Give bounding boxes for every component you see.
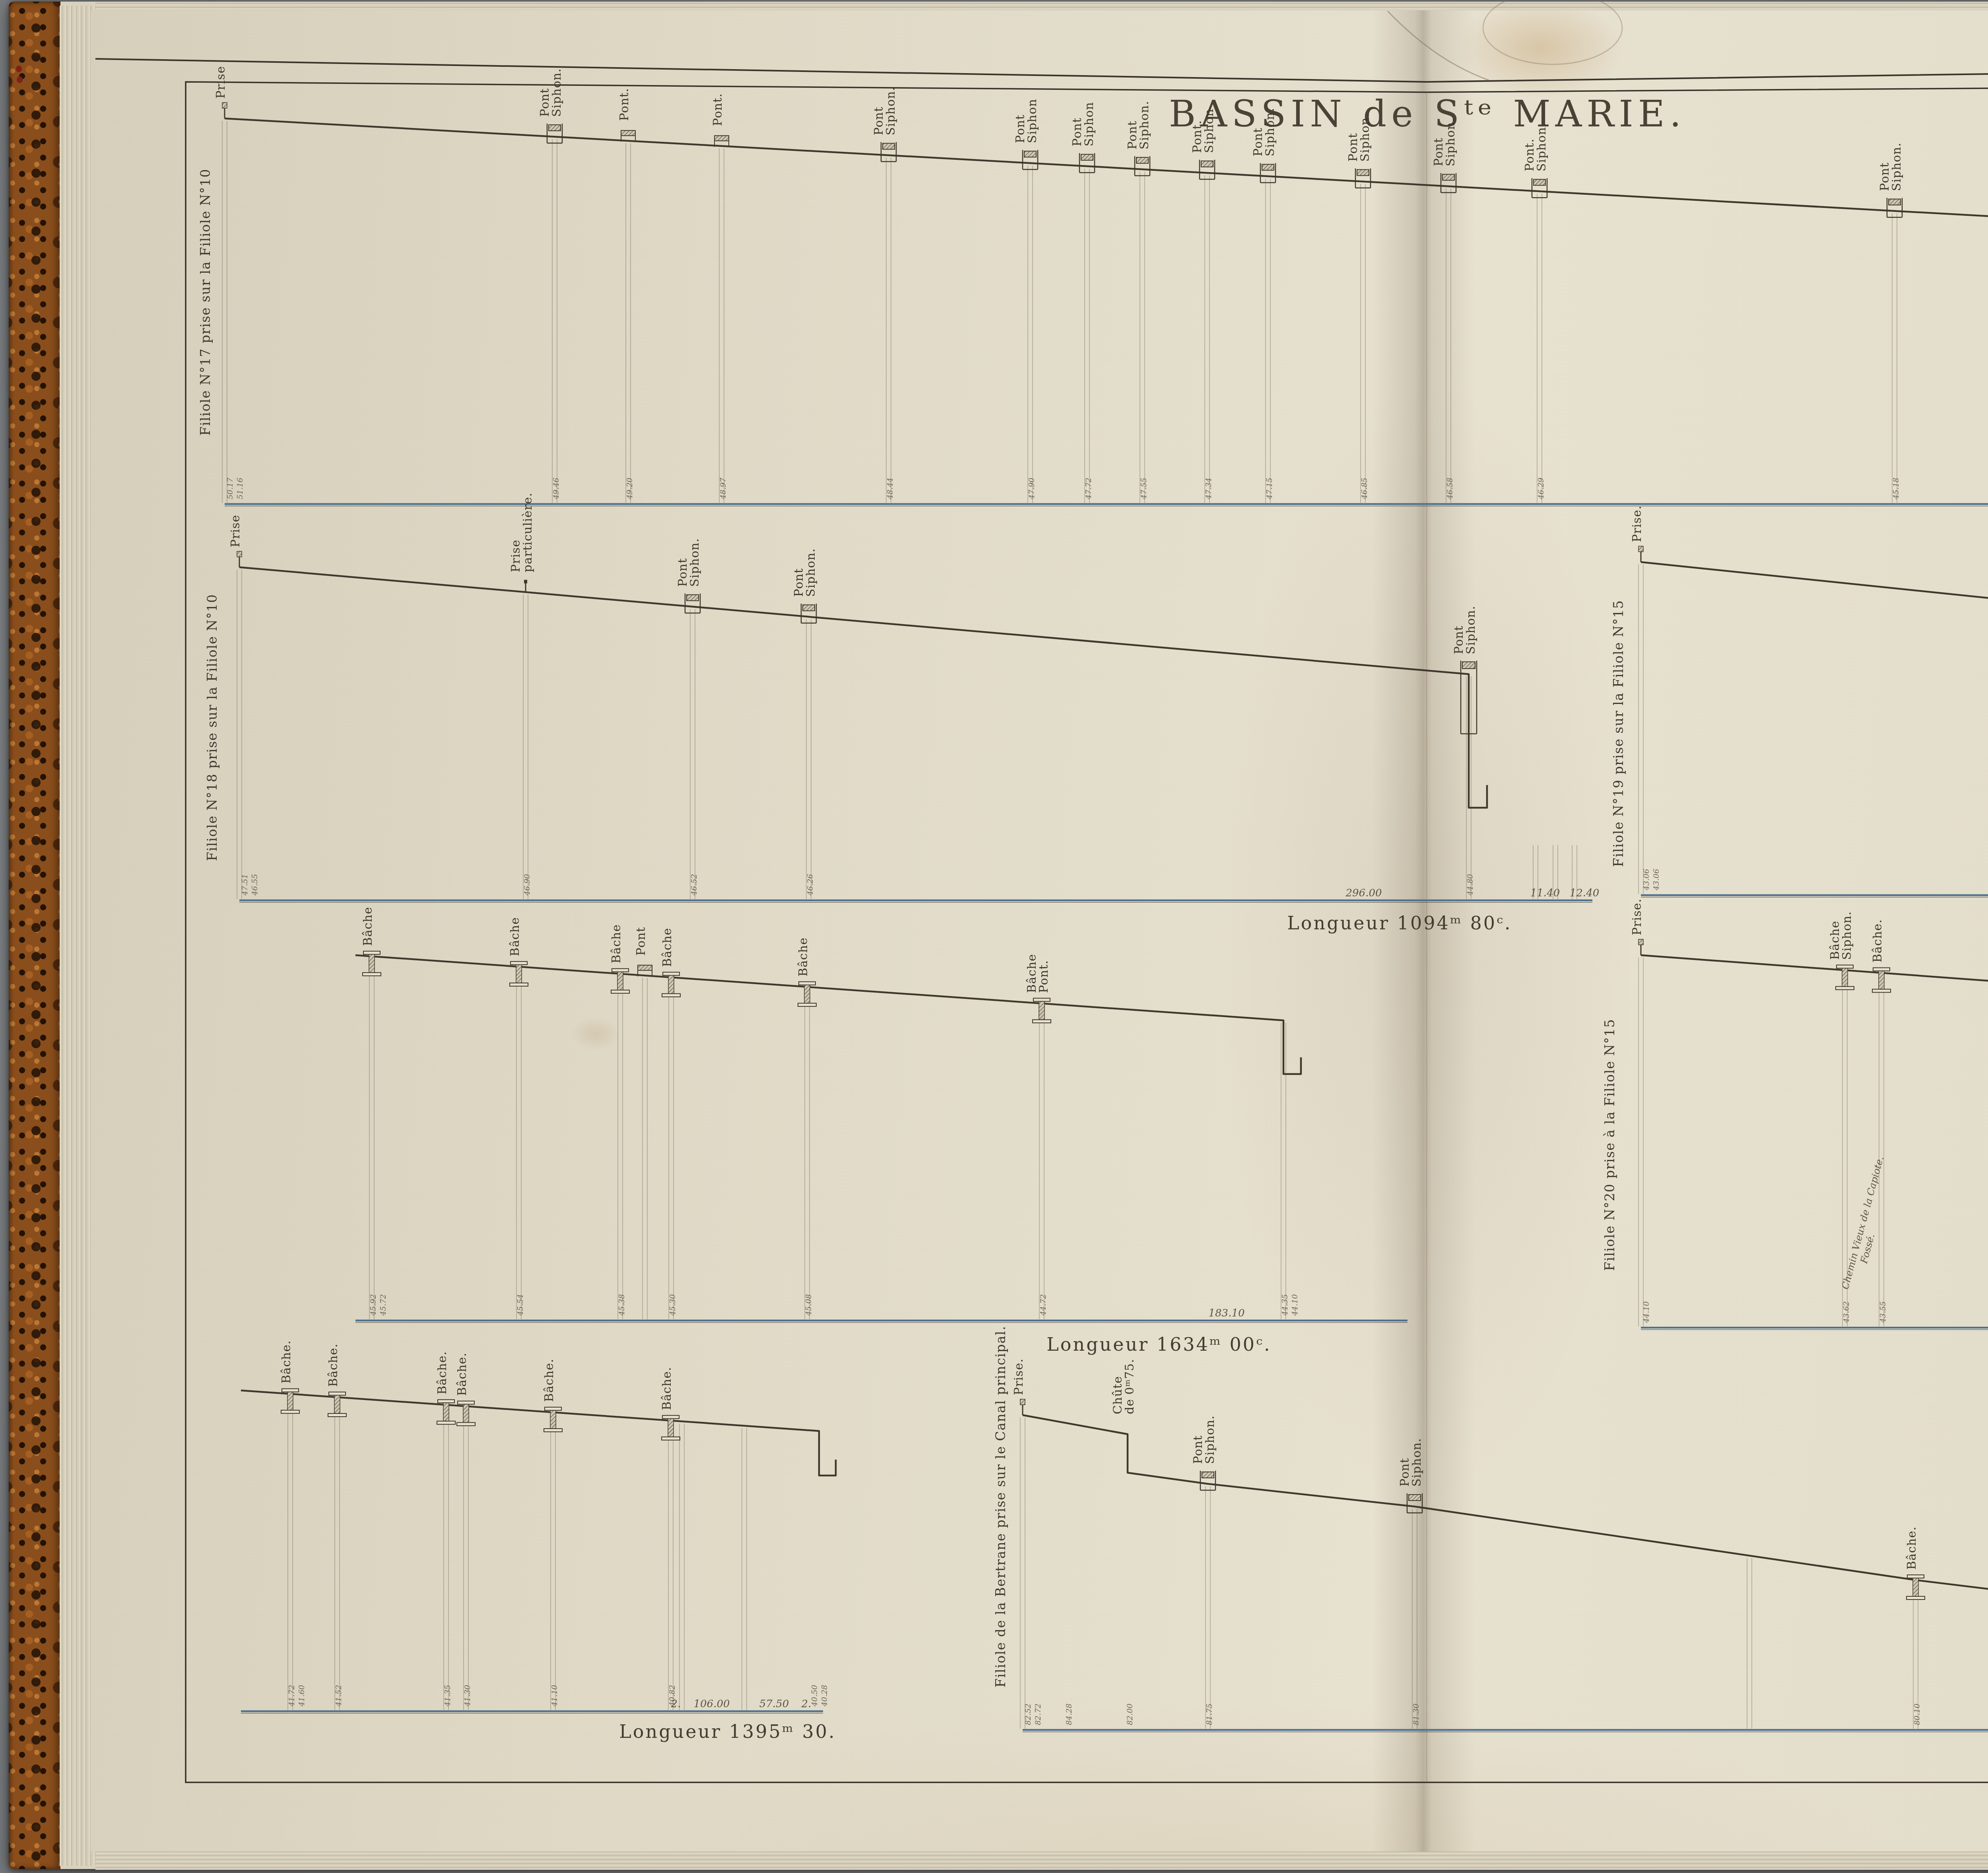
elevation-number: 80.10 (1913, 1704, 1922, 1725)
elevation-number: 48.44 (886, 478, 895, 500)
elevation-number: 46.58 (1446, 478, 1454, 500)
structure-label: Siphon. (1410, 1438, 1424, 1487)
structure-label: Prise. (1630, 898, 1644, 935)
elevation-number: 41.10 (550, 1685, 559, 1707)
elevation-number: 46.55 (250, 874, 259, 896)
elevation-number: 82.72 (1034, 1704, 1043, 1725)
structure-label: Prise (214, 66, 228, 99)
elevation-number: 40.50 (810, 1685, 819, 1707)
elevation-number: 81.75 (1205, 1704, 1214, 1725)
fold-crease-ring (1483, 0, 1622, 64)
elevation-number: 45.54 (516, 1294, 525, 1316)
structure-label: Bâche. (1871, 919, 1885, 962)
profile-filiole-18: PrisePriseparticulière.PontSiphon.PontSi… (204, 492, 1599, 934)
structure-label: Bâche. (1905, 1526, 1919, 1570)
structure-label: Prise (229, 515, 243, 547)
datum-number: 106.00 (694, 1698, 730, 1710)
length-caption: Longueur 1094ᵐ 80ᶜ. (1287, 912, 1512, 934)
profile-suite-filiole-19: BâcheBâcheBâchePontBâcheBâcheBâchePont.4… (355, 907, 1408, 1355)
elevation-number: 44.35 (1281, 1294, 1289, 1316)
structure-label: Siphon. (1840, 911, 1854, 960)
elevation-number: 44.80 (1466, 874, 1475, 896)
profile-filiole-19: Prise.Priseparticulière.PontSiphon.PontS… (1611, 501, 1988, 897)
structure-label: Bâche. (326, 1344, 340, 1387)
elevation-number: 50.17 (226, 477, 235, 499)
page-title: BASSIN de Sᵗᵉ MARIE. (1169, 93, 1686, 135)
datum-number: 183.10 (1209, 1307, 1245, 1319)
datum-number: 2. (671, 1698, 681, 1710)
structure-label: Pont. (1037, 960, 1051, 993)
profile-drawing: BASSIN de Sᵗᵉ MARIE. PrisePontSiphon.Pon… (0, 0, 1988, 1873)
elevation-number: 43.06 (1652, 869, 1661, 891)
profile-filiole-20: Prise.BâcheSiphon.Bâche.BâcheSiphon.Bâch… (1602, 898, 1988, 1330)
structure-label: Bâche. (455, 1352, 469, 1396)
structure-label: Bâche (660, 928, 674, 967)
structure-label: Bâche (610, 924, 623, 964)
elevation-number: 41.60 (297, 1685, 306, 1707)
datum-number: 57.50 (759, 1698, 789, 1710)
structure-label: Siphon. (1535, 123, 1549, 172)
structure-label: Prise. (1630, 505, 1644, 542)
drawing-frame (186, 82, 1988, 1782)
elevation-number: 51.16 (236, 478, 245, 499)
structure-label: Bâche. (542, 1359, 556, 1402)
canal-line (225, 118, 1988, 304)
elevation-number: 41.72 (287, 1685, 296, 1707)
structure-label: Prise. (1012, 1358, 1026, 1395)
structure-label: Siphon (1202, 109, 1216, 153)
elevation-number: 43.62 (1842, 1301, 1851, 1323)
structure-label: Siphon. (550, 68, 564, 117)
datum-number: 2. (801, 1698, 812, 1710)
structure-label: Bâche. (660, 1367, 674, 1410)
elevation-number: 46.52 (690, 874, 699, 896)
structure-label: Pont. (711, 93, 725, 126)
elevation-number: 46.26 (806, 874, 815, 896)
elevation-number: 47.55 (1140, 478, 1148, 500)
elevation-number: 82.52 (1024, 1704, 1033, 1725)
elevation-number: 45.18 (1892, 478, 1901, 500)
structure-label: Siphon. (1464, 605, 1478, 654)
structure-label: Siphon. (804, 548, 818, 597)
elevation-number: 46.90 (523, 874, 532, 896)
structure-label: Siphon. (1890, 142, 1904, 191)
elevation-number: 41.52 (334, 1685, 343, 1707)
elevation-number: 41.30 (463, 1685, 472, 1707)
profile-title: Filiole N°17 prise sur la Filiole N°10 (198, 169, 213, 436)
elevation-number: 46.29 (1537, 478, 1545, 500)
datum-number: 12.40 (1570, 887, 1599, 899)
elevation-number: 43.55 (1879, 1301, 1887, 1323)
elevation-number: 47.72 (1084, 478, 1093, 500)
profile-title: Filiole de la Bertrane prise sur le Cana… (993, 1326, 1008, 1687)
structure-label: Siphon. (884, 87, 898, 136)
structure-label: Pont (634, 927, 648, 956)
structure-label: Siphon. (1358, 113, 1372, 162)
canal-line (239, 567, 1487, 808)
profile-title: Filiole N°19 prise sur la Filiole N°15 (1611, 600, 1626, 867)
elevation-number: 47.51 (241, 874, 249, 896)
profile-title: Filiole N°20 prise à la Filiole N°15 (1602, 1019, 1617, 1271)
structure-label: Siphon. (688, 538, 702, 587)
structure-label: de 0ᵐ75. (1123, 1359, 1137, 1414)
elevation-number: 49.20 (625, 478, 634, 500)
elevation-number: 44.10 (1642, 1301, 1651, 1323)
structure-label: Bâche. (435, 1351, 449, 1394)
elevation-number: 43.06 (1642, 869, 1651, 891)
canal-line (355, 955, 1301, 1074)
length-caption: Longueur 1634ᵐ 00ᶜ. (1046, 1334, 1271, 1355)
structure-label: Siphon. (1263, 108, 1277, 157)
structure-label: Bâche (796, 937, 810, 977)
elevation-number: 45.30 (668, 1294, 677, 1316)
structure-label: Bâche. (280, 1340, 293, 1383)
structure-label: Siphon. (1138, 101, 1151, 149)
datum-number: 296.00 (1345, 887, 1382, 899)
elevation-number: 47.15 (1265, 478, 1274, 500)
canal-line (1641, 562, 1988, 808)
elevation-number: 47.34 (1204, 478, 1213, 500)
profile-filiole-17: PrisePontSiphon.Pont.Pont.PontSiphon.Pon… (198, 66, 1988, 534)
elevation-number: 44.72 (1039, 1294, 1048, 1316)
structure-label: particulière. (521, 492, 535, 572)
scanned-atlas-page: BASSIN de Sᵗᵉ MARIE. PrisePontSiphon.Pon… (0, 0, 1988, 1873)
structure-label: Siphon. (1444, 118, 1458, 167)
canal-line (1023, 1415, 1988, 1654)
elevation-number: 44.10 (1291, 1294, 1299, 1316)
elevation-number: 40.28 (820, 1685, 829, 1707)
structure-label: Siphon (1082, 102, 1096, 146)
elevation-number: 45.92 (369, 1294, 378, 1316)
datum-number: 11.40 (1530, 887, 1560, 899)
structure-label: Bâche (361, 907, 375, 946)
elevation-number: 47.90 (1027, 478, 1036, 500)
elevation-number: 48.97 (719, 477, 728, 500)
elevation-number: 81.30 (1412, 1704, 1421, 1725)
structure-label: Bâche (508, 917, 522, 956)
structure-label: Siphon. (1203, 1415, 1217, 1464)
elevation-number: 45.72 (379, 1294, 388, 1316)
structure-label: Siphon (1025, 99, 1039, 143)
elevation-number: 49.46 (552, 478, 561, 500)
elevation-number: 82.00 (1126, 1704, 1134, 1725)
profile-title: Filiole N°18 prise sur la Filiole N°10 (204, 594, 220, 861)
elevation-number: 84.28 (1065, 1704, 1074, 1725)
length-caption: Longueur 1395ᵐ 30. (619, 1721, 836, 1742)
profile-filiole-bertrane: Prise.Chûtede 0ᵐ75.PontSiphon.PontSiphon… (993, 1326, 1988, 1732)
profile-suite-filiole-20: Bâche.Bâche.Bâche.Bâche.Bâche.Bâche.41.7… (241, 1340, 836, 1742)
elevation-number: 45.38 (617, 1294, 626, 1316)
elevation-number: 45.08 (804, 1294, 813, 1316)
structure-label: Pont. (617, 88, 631, 121)
elevation-number: 41.35 (443, 1685, 452, 1707)
elevation-number: 46.85 (1360, 478, 1369, 500)
canal-line (1641, 955, 1988, 1022)
sheet-top-edge (95, 59, 1988, 82)
fold-crease-line (1388, 11, 1489, 80)
